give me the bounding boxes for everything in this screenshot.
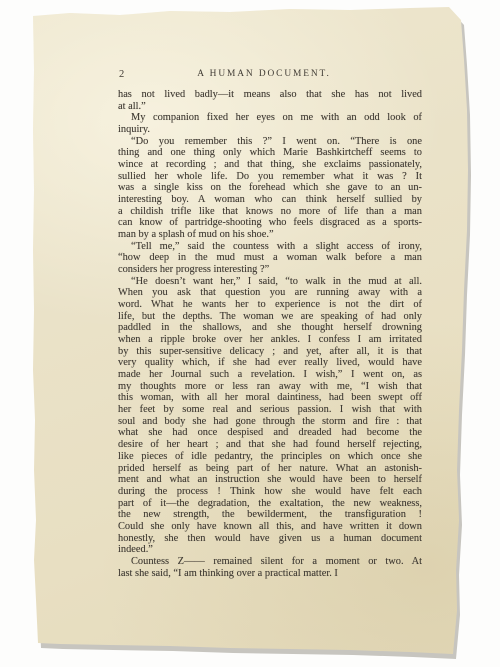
text-line: has not lived badly—it means also that s… — [118, 89, 422, 101]
text-line: prided herself as being part of her natu… — [118, 463, 422, 475]
text-line: was a single kiss on the forehead which … — [118, 182, 422, 194]
text-line: ment and what an instruction she would h… — [118, 474, 422, 486]
text-line: part of it—the degradation, the exaltati… — [118, 498, 422, 510]
text-line: can know of partridge-shooting who feels… — [118, 217, 422, 229]
text-line: her feet by some real and serious passio… — [118, 404, 422, 416]
text-line: paddled in the shallows, and she thought… — [118, 322, 422, 334]
text-line: during the process ! Think how she would… — [118, 486, 422, 498]
page-body: has not lived badly—it means also that s… — [118, 89, 422, 579]
text-line: honestly, she then would have given us a… — [118, 533, 422, 545]
text-line: like pieces of idle pedantry, the princi… — [118, 451, 422, 463]
text-line: considers her progress interesting ?” — [118, 264, 422, 276]
photograph-background: 2 A HUMAN DOCUMENT. has not lived badly—… — [0, 0, 500, 667]
text-line: indeed.” — [118, 544, 422, 556]
text-line: Countess Z—— remained silent for a momen… — [118, 556, 422, 568]
text-line: life, but the depths. The woman we are s… — [118, 311, 422, 323]
text-line: when a ripple broke over her ankles. I c… — [118, 334, 422, 346]
text-line: thing and one thing only which Marie Bas… — [118, 147, 422, 159]
text-line: “Tell me,” said the countess with a slig… — [118, 241, 422, 253]
text-line: by this super-sensitive delicacy ; and y… — [118, 346, 422, 358]
text-line: When you ask that question you are runni… — [118, 287, 422, 299]
text-line: my thoughts more or less ran away with m… — [118, 381, 422, 393]
text-line: Could she only have known all this, and … — [118, 521, 422, 533]
text-line: “He doesn’t want her,” I said, “to walk … — [118, 276, 422, 288]
text-line: what she had once despised and dreaded h… — [118, 427, 422, 439]
text-line: wince at recording ; and that thing, she… — [118, 159, 422, 171]
text-line: a childish trifle like that knows no mor… — [118, 206, 422, 218]
text-line: “Do you remember this ?” I went on. “The… — [118, 136, 422, 148]
text-line: soul and body she had gone through the s… — [118, 416, 422, 428]
text-line: My companion fixed her eyes on me with a… — [118, 112, 422, 124]
text-line: inquiry. — [118, 124, 422, 136]
page-header: 2 A HUMAN DOCUMENT. — [118, 69, 422, 83]
text-line: interesting boy. A woman who can think h… — [118, 194, 422, 206]
text-line: very quality which, if she had ever real… — [118, 357, 422, 369]
text-line: made her Journal such a revelation. I wi… — [118, 369, 422, 381]
text-line: man by a splash of mud on his shoe.” — [118, 229, 422, 241]
text-line: desire of her heart ; and that she had f… — [118, 439, 422, 451]
text-line: “how deep in the mud must a woman walk b… — [118, 252, 422, 264]
text-line: last she said, “I am thinking over a pra… — [118, 568, 422, 580]
text-line: sullied her whole life. Do you remember … — [118, 171, 422, 183]
text-line: the new strength, the bewilderment, the … — [118, 509, 422, 521]
text-line: this woman, with all her moral daintines… — [118, 392, 422, 404]
text-line: at all.” — [118, 101, 422, 113]
text-line: word. What he wants her to experience is… — [118, 299, 422, 311]
running-title: A HUMAN DOCUMENT. — [112, 69, 416, 79]
